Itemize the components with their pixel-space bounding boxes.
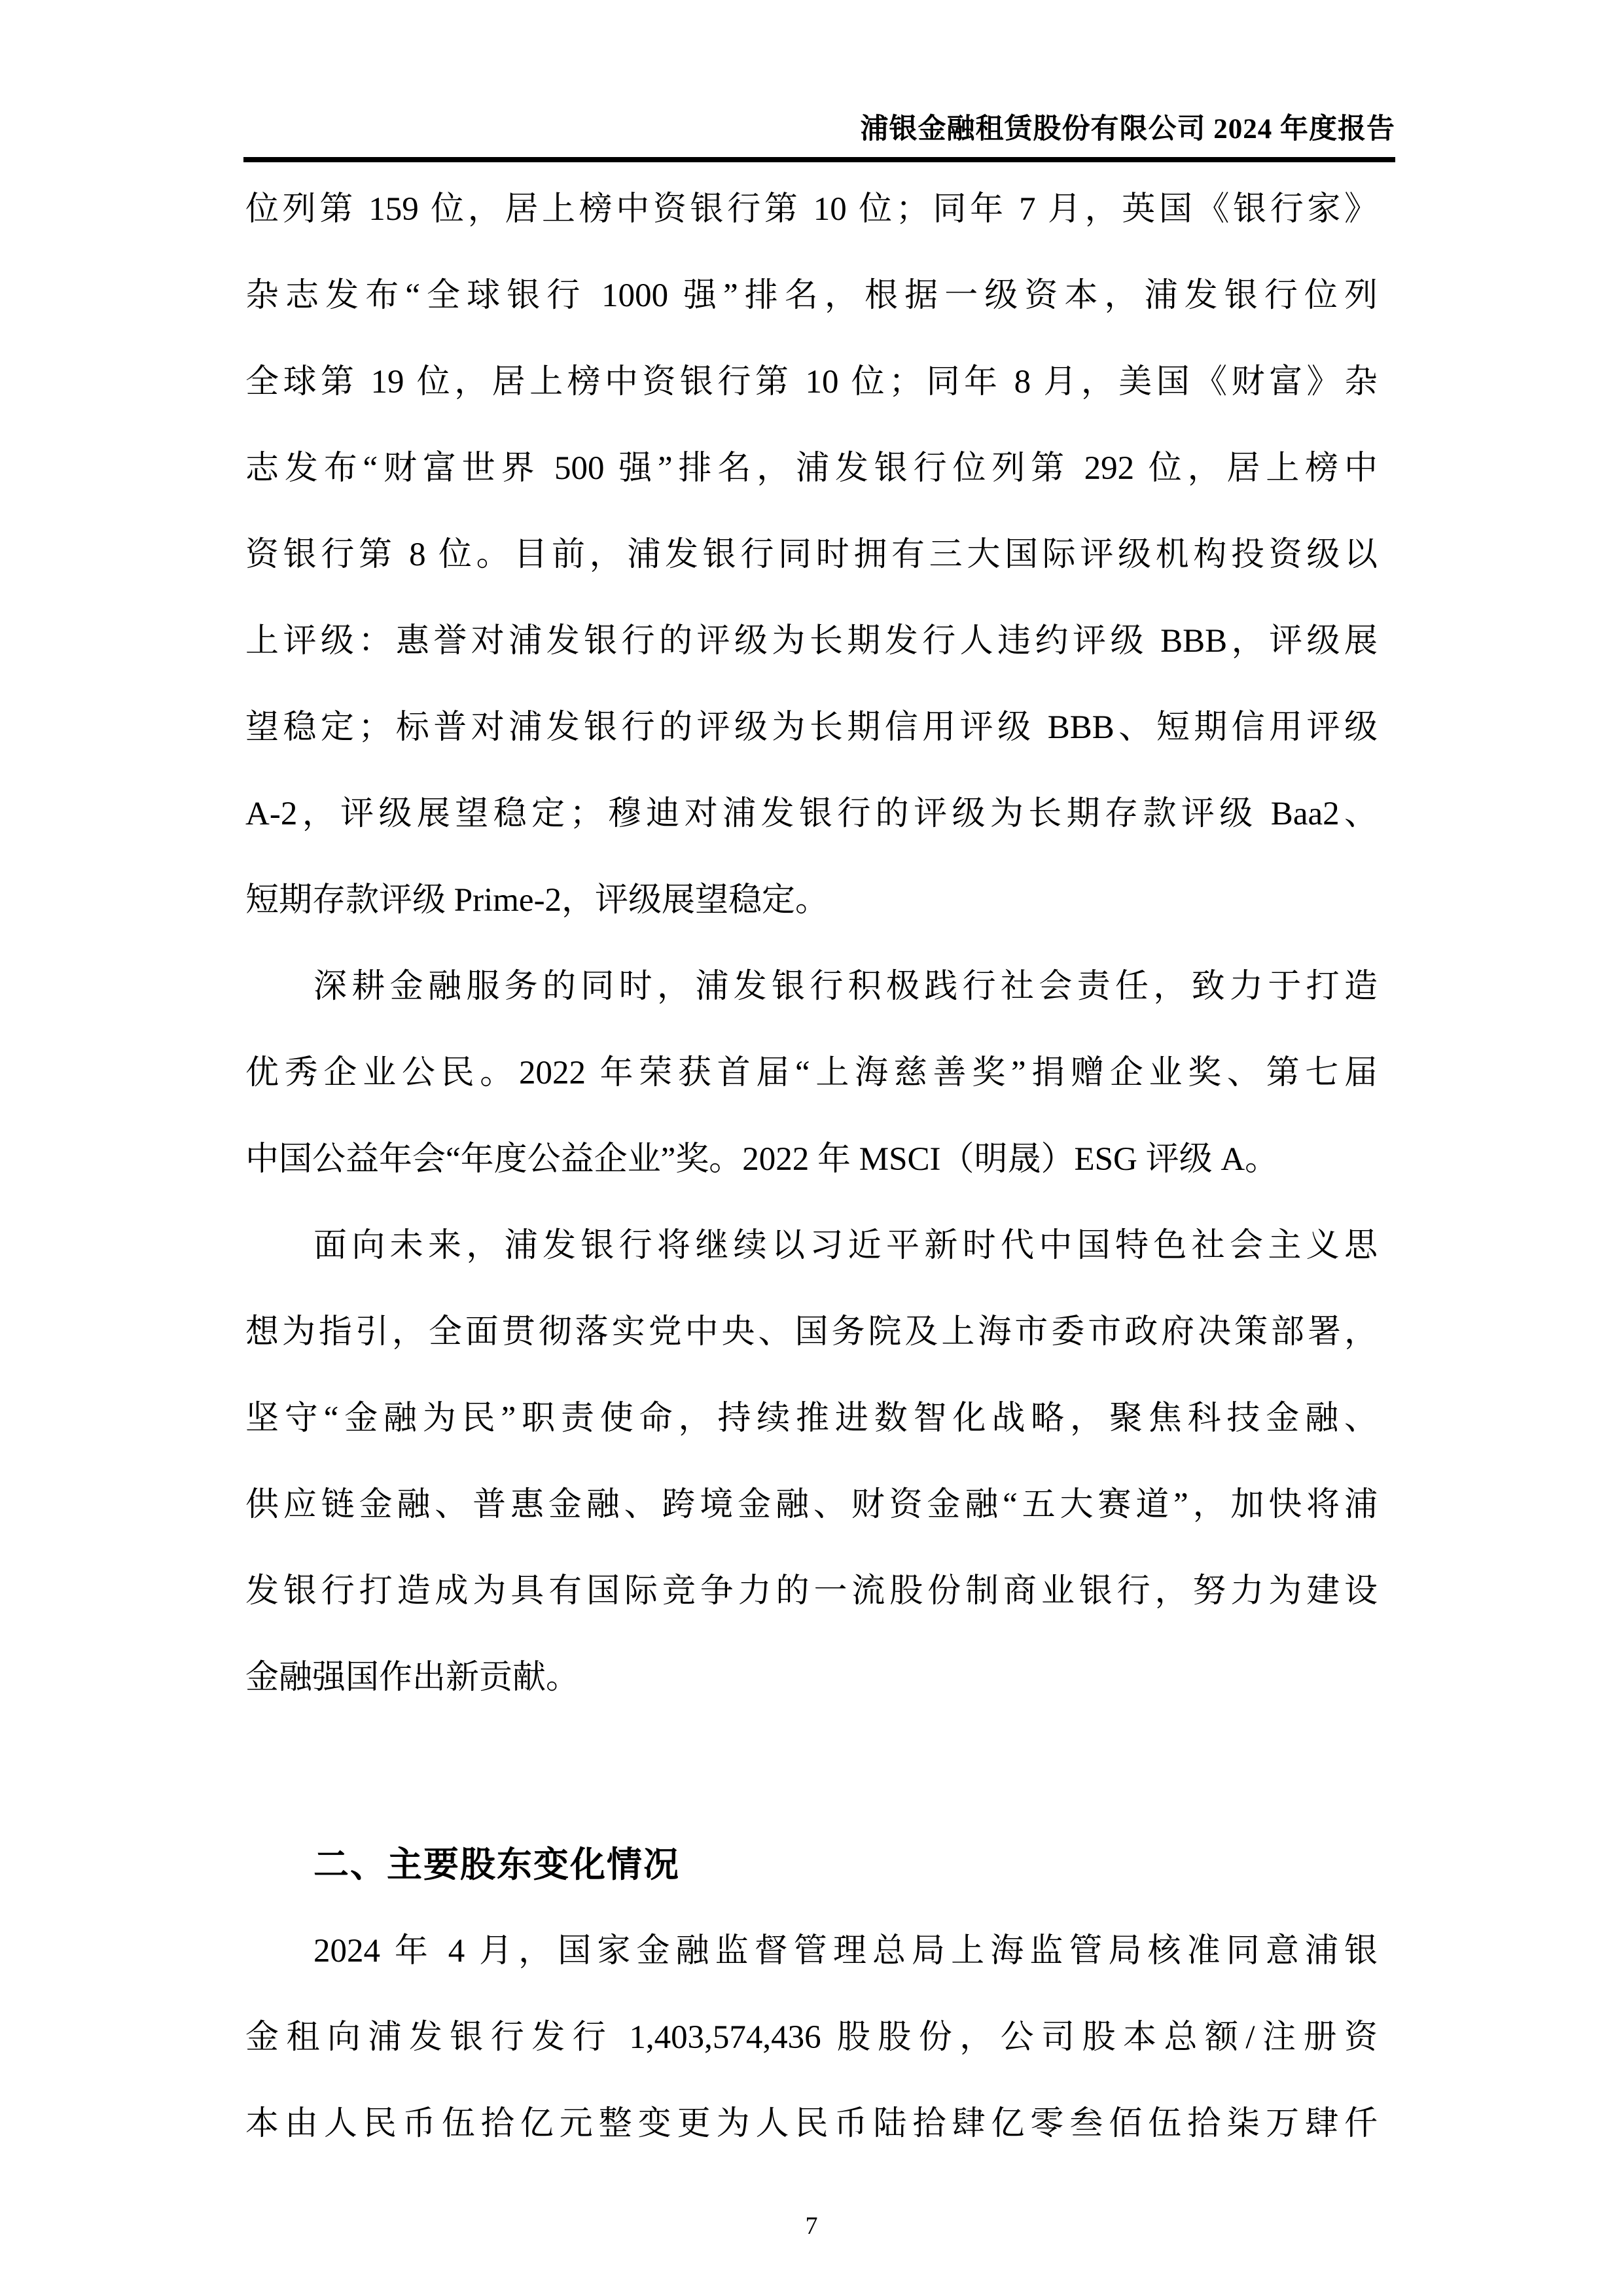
report-page: 浦银金融租赁股份有限公司 2024 年度报告 位列第 159 位，居上榜中资银行…	[0, 0, 1623, 2296]
body-line: 资银行第 8 位。目前，浦发银行同时拥有三大国际评级机构投资级以	[245, 512, 1378, 598]
body-line: 本由人民币伍拾亿元整变更为人民币陆拾肆亿零叁佰伍拾柒万肆仟	[245, 2081, 1378, 2167]
page-header-title: 浦银金融租赁股份有限公司 2024 年度报告	[243, 107, 1395, 147]
body-line: 2024 年 4 月，国家金融监督管理总局上海监管局核准同意浦银	[245, 1908, 1378, 1994]
body-line: 中国公益年会“年度公益企业”奖。2022 年 MSCI（明晟）ESG 评级 A。	[245, 1116, 1378, 1203]
body-line: 短期存款评级 Prime-2，评级展望稳定。	[245, 857, 1378, 944]
body-line: 面向未来，浦发银行将继续以习近平新时代中国特色社会主义思	[245, 1203, 1378, 1289]
body-line: 金融强国作出新贡献。	[245, 1634, 1378, 1721]
body-line: 供应链金融、普惠金融、跨境金融、财资金融“五大赛道”，加快将浦	[245, 1462, 1378, 1548]
page-number: 7	[0, 2206, 1623, 2246]
body-line: 发银行打造成为具有国际竞争力的一流股份制商业银行，努力为建设	[245, 1548, 1378, 1634]
body-text: 位列第 159 位，居上榜中资银行第 10 位；同年 7 月，英国《银行家》杂志…	[245, 166, 1378, 2167]
header-rule-divider	[243, 157, 1395, 162]
body-line: 杂志发布“全球银行 1000 强”排名，根据一级资本，浦发银行位列	[245, 253, 1378, 339]
body-line: 志发布“财富世界 500 强”排名，浦发银行位列第 292 位，居上榜中	[245, 425, 1378, 512]
section-heading: 二、主要股东变化情况	[245, 1822, 1378, 1908]
body-line: 深耕金融服务的同时，浦发银行积极践行社会责任，致力于打造	[245, 944, 1378, 1030]
body-line: 全球第 19 位，居上榜中资银行第 10 位；同年 8 月，美国《财富》杂	[245, 339, 1378, 425]
body-line: A-2，评级展望稳定；穆迪对浦发银行的评级为长期存款评级 Baa2、	[245, 771, 1378, 857]
body-line: 金租向浦发银行发行 1,403,574,436 股股份，公司股本总额/注册资	[245, 1994, 1378, 2081]
body-line: 望稳定；标普对浦发银行的评级为长期信用评级 BBB、短期信用评级	[245, 684, 1378, 771]
body-line: 想为指引，全面贯彻落实党中央、国务院及上海市委市政府决策部署，	[245, 1289, 1378, 1375]
body-line: 上评级：惠誉对浦发银行的评级为长期发行人违约评级 BBB，评级展	[245, 598, 1378, 684]
body-line: 坚守“金融为民”职责使命，持续推进数智化战略，聚焦科技金融、	[245, 1375, 1378, 1462]
body-line: 位列第 159 位，居上榜中资银行第 10 位；同年 7 月，英国《银行家》	[245, 166, 1378, 253]
body-line: 优秀企业公民。2022 年荣获首届“上海慈善奖”捐赠企业奖、第七届	[245, 1030, 1378, 1116]
